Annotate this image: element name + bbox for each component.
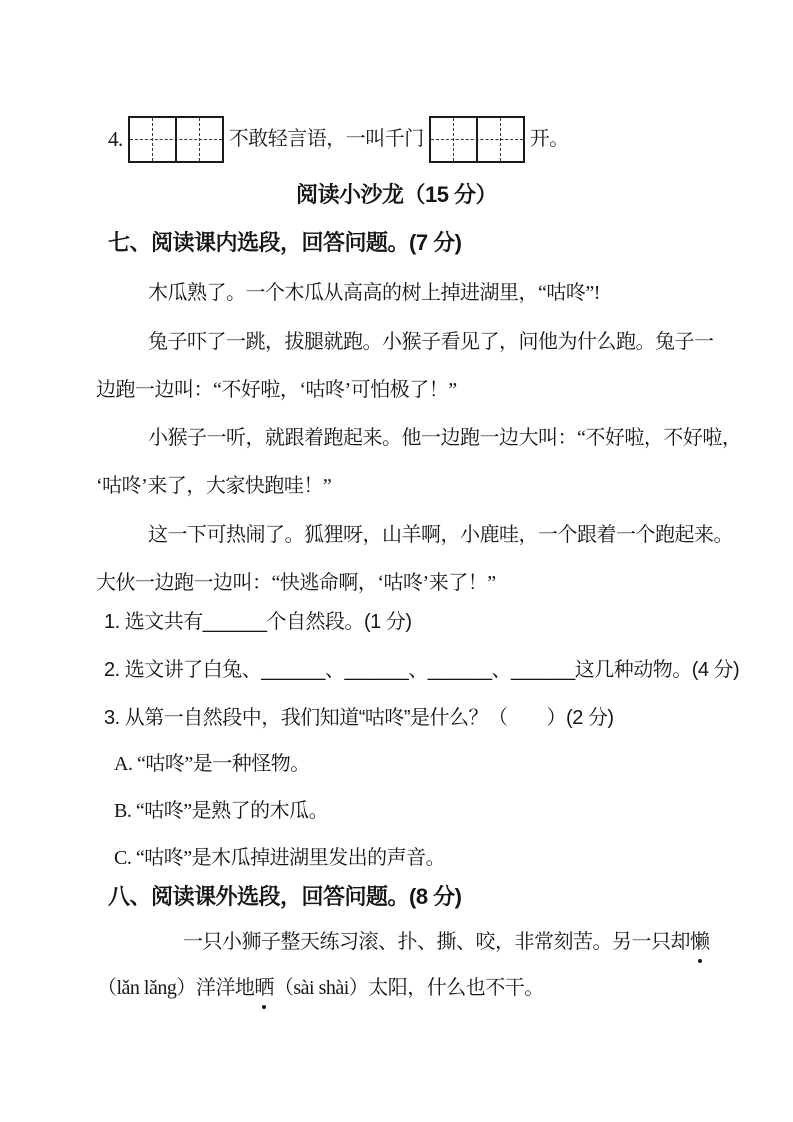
passage-line: 木瓜熟了。一个木瓜从高高的树上掉进湖里，“咕咚”! [148, 279, 600, 307]
passage-line: 这一下可热闹了。狐狸呀，山羊啊，小鹿哇，一个跟着一个跑起来。 [148, 521, 733, 549]
writing-cell [476, 118, 523, 161]
question-4-number: 4. [108, 125, 123, 153]
question-2: 2. 选文讲了白兔、______、______、______、______这几种… [104, 656, 739, 684]
passage-text: 一只小狮子整天练习滚、扑、撕、咬，非常刻苦。另一只却 [183, 931, 690, 953]
section-7-heading: 七、阅读课内选段，回答问题。(7 分) [108, 229, 462, 257]
pinyin-choice-lan: （lǎn lǎng）洋洋地 [97, 977, 254, 999]
section-8-heading: 八、阅读课外选段，回答问题。(8 分) [108, 883, 462, 911]
section-banner: 阅读小沙龙（15 分） [0, 181, 793, 209]
passage-line: 小猴子一听，就跟着跑起来。他一边跑一边大叫：“不好啦，不好啦， [148, 424, 741, 452]
question-4-text: 不敢轻言语，一叫千门 [229, 125, 424, 153]
passage-line: 兔子吓了一跳，拔腿就跑。小猴子看见了，问他为什么跑。兔子一 [148, 328, 714, 356]
question-3: 3. 从第一自然段中，我们知道“咕咚”是什么？（ ）(2 分) [104, 704, 614, 732]
passage-line: 一只小狮子整天练习滚、扑、撕、咬，非常刻苦。另一只却懒 [183, 928, 710, 956]
passage-line: （lǎn lǎng）洋洋地晒（sài shài）太阳，什么也不干。 [97, 974, 544, 1002]
option-a: A. “咕咚”是一种怪物。 [114, 750, 310, 778]
writing-grid-2 [429, 116, 525, 163]
passage-line: ‘咕咚’来了，大家快跑哇！” [96, 472, 331, 500]
emphasized-char-shai: 晒 [254, 974, 274, 1002]
option-c: C. “咕咚”是木瓜掉进湖里发出的声音。 [114, 844, 445, 872]
question-1: 1. 选文共有______个自然段。(1 分) [104, 608, 411, 636]
writing-grid-1 [128, 116, 224, 163]
question-4-text-end: 开。 [530, 125, 569, 153]
emphasized-char-lan: 懒 [690, 928, 710, 956]
test-paper-page: 4. 不敢轻言语，一叫千门 开。 阅读小沙龙（15 分） 七、阅读课内选段，回答… [0, 0, 793, 1122]
pinyin-choice-shai: （sài shài）太阳，什么也不干。 [274, 977, 544, 999]
question-4-row: 4. 不敢轻言语，一叫千门 开。 [108, 116, 569, 162]
writing-cell [130, 118, 175, 161]
passage-line: 边跑一边叫：“不好啦，‘咕咚’可怕极了！” [96, 376, 457, 404]
passage-line: 大伙一边跑一边叫：“快逃命啊，‘咕咚’来了！” [96, 569, 496, 597]
writing-cell [431, 118, 476, 161]
option-b: B. “咕咚”是熟了的木瓜。 [114, 797, 328, 825]
writing-cell [175, 118, 222, 161]
